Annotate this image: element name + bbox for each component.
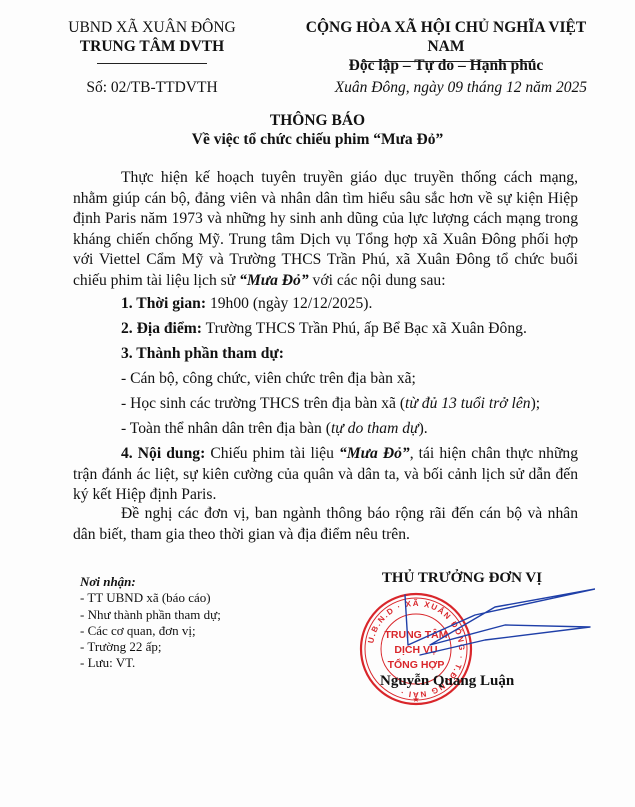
- recipients-block: Nơi nhận: - TT UBND xã (báo cáo) - Như t…: [80, 574, 221, 672]
- recipient-item: - Trường 22 ấp;: [80, 639, 221, 655]
- document-subtitle: Về việc tổ chức chiếu phim “Mưa Đỏ”: [0, 130, 635, 149]
- document-title: THÔNG BÁO: [0, 111, 635, 130]
- agency-name: UBND XÃ XUÂN ĐÔNG: [52, 18, 252, 37]
- participant-text: - Cán bộ, công chức, viên chức trên địa …: [121, 370, 416, 387]
- participant-end: ).: [419, 420, 428, 437]
- item-value: 19h00 (ngày 12/12/2025).: [206, 295, 372, 312]
- recipient-item: - Lưu: VT.: [80, 655, 221, 671]
- closing-paragraph: Đề nghị các đơn vị, ban ngành thông báo …: [73, 504, 578, 545]
- recipient-item: - TT UBND xã (báo cáo): [80, 590, 221, 606]
- item-label: 3. Thành phần tham dự:: [121, 345, 284, 362]
- recipient-item: - Các cơ quan, đơn vị;: [80, 623, 221, 639]
- item-participants: 3. Thành phần tham dự:: [121, 344, 284, 364]
- national-header-block: CỘNG HÒA XÃ HỘI CHỦ NGHĨA VIỆT NAM Độc l…: [305, 18, 587, 75]
- issuing-agency-block: UBND XÃ XUÂN ĐÔNG TRUNG TÂM DVTH: [52, 18, 252, 56]
- item-label: 1. Thời gian:: [121, 295, 206, 312]
- participant-line: - Học sinh các trường THCS trên địa bàn …: [121, 394, 540, 414]
- signer-name: Nguyễn Quang Luận: [380, 673, 514, 690]
- handwritten-signature-icon: [355, 585, 595, 675]
- participant-note: tự do tham dự: [331, 420, 419, 437]
- intro-text-end: với các nội dung sau:: [309, 272, 446, 289]
- recipient-item: - Như thành phần tham dự;: [80, 607, 221, 623]
- item-time: 1. Thời gian: 19h00 (ngày 12/12/2025).: [121, 294, 372, 314]
- film-title: “Mưa Đỏ”: [339, 445, 410, 462]
- recipients-heading: Nơi nhận:: [80, 574, 221, 590]
- document-number: Số: 02/TB-TTDVTH: [52, 78, 252, 97]
- closing-text: Đề nghị các đơn vị, ban ngành thông báo …: [73, 505, 578, 543]
- item-label: 2. Địa điểm:: [121, 320, 202, 337]
- national-motto: Độc lập – Tự do – Hạnh phúc: [305, 56, 587, 75]
- header-left-divider: [97, 63, 207, 64]
- place-date: Xuân Đông, ngày 09 tháng 12 năm 2025: [305, 78, 587, 97]
- participant-line: - Toàn thể nhân dân trên địa bàn (tự do …: [121, 419, 428, 439]
- participant-line: - Cán bộ, công chức, viên chức trên địa …: [121, 369, 416, 389]
- content-label: 4. Nội dung:: [121, 445, 205, 462]
- content-text: Chiếu phim tài liệu: [205, 445, 339, 462]
- svg-text:★: ★: [412, 695, 419, 704]
- participant-text: - Học sinh các trường THCS trên địa bàn …: [121, 395, 405, 412]
- participant-note: từ đủ 13 tuổi trở lên: [405, 395, 531, 412]
- participant-end: );: [531, 395, 541, 412]
- unit-name: TRUNG TÂM DVTH: [52, 37, 252, 56]
- item-location: 2. Địa điểm: Trường THCS Trần Phú, ấp Bể…: [121, 319, 527, 339]
- content-paragraph: 4. Nội dung: Chiếu phim tài liệu “Mưa Đỏ…: [73, 444, 578, 506]
- header-right-divider: [362, 61, 535, 62]
- film-title: “Mưa Đỏ”: [239, 272, 309, 289]
- nation-name: CỘNG HÒA XÃ HỘI CHỦ NGHĨA VIỆT NAM: [305, 18, 587, 56]
- item-value: Trường THCS Trần Phú, ấp Bể Bạc xã Xuân …: [202, 320, 527, 337]
- participant-text: - Toàn thể nhân dân trên địa bàn (: [121, 420, 331, 437]
- intro-paragraph: Thực hiện kế hoạch tuyên truyền giáo dục…: [73, 168, 578, 292]
- intro-text: Thực hiện kế hoạch tuyên truyền giáo dục…: [73, 169, 578, 289]
